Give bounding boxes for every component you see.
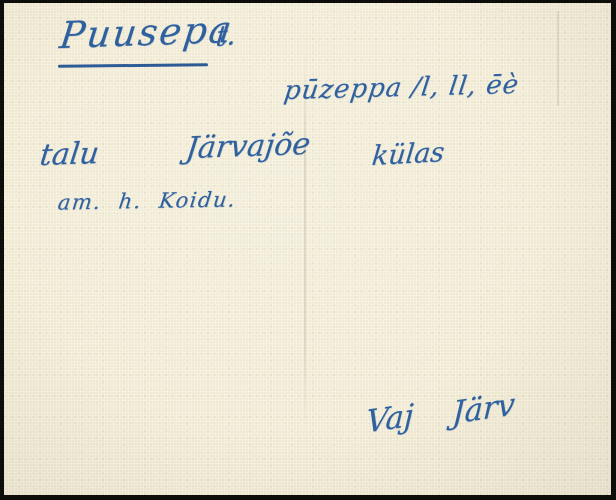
paper-crease-right (557, 11, 559, 106)
location-word-talu: talu (38, 136, 101, 173)
paper-crease-center (304, 53, 306, 433)
phonetic-notation-handwriting: pūzeppa /l, ll, ēè (282, 70, 521, 106)
note-line-handwriting: am. h. Koidu. (57, 187, 238, 214)
signature-word-1: Vaj (365, 397, 414, 440)
scanned-index-card: Puusepa t. pūzeppa /l, ll, ēè talu Järva… (0, 0, 616, 500)
card-title-suffix-handwriting: t. (214, 18, 238, 54)
signature-word-2: Järv (451, 386, 516, 431)
location-word-jarvajoe: Järvajõe (184, 127, 312, 167)
card-paper: Puusepa t. pūzeppa /l, ll, ēè talu Järva… (4, 3, 611, 495)
title-underline-stroke (58, 63, 208, 68)
location-word-kulas: külas (370, 137, 446, 172)
card-title-handwriting: Puusepa (57, 8, 235, 57)
